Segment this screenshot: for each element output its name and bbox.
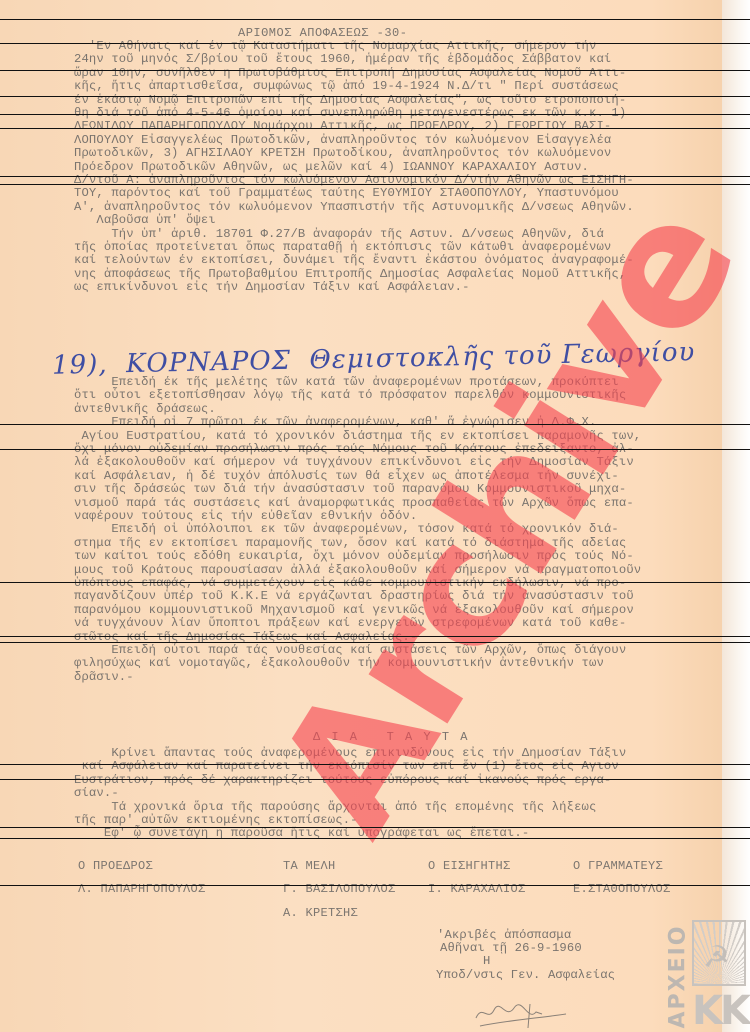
text-line: καί Ασφάλειαν, ἡ δέ τυχόν ἀπόλυσίς των θ… xyxy=(74,470,619,483)
text-line: ὥραν 10ην, συνῆλθεν η Πρωτοβάθμιος Επιτρ… xyxy=(74,67,626,80)
certification-line-3: Η xyxy=(483,955,490,968)
certification-line-2: Αθῆναι τῇ 26-9-1960 xyxy=(440,942,582,955)
overlay-rule xyxy=(0,114,750,115)
overlay-rule xyxy=(0,885,750,886)
decision-heading: Δ Ι Α Τ Α Υ Τ Α xyxy=(313,731,469,744)
overlay-rule xyxy=(0,636,750,637)
overlay-rule xyxy=(0,19,750,20)
text-line: φιλησύχως καί νομοταγῶς, ἐξακολουθοῦν τή… xyxy=(74,657,604,670)
text-line: σίαν.- xyxy=(74,787,119,800)
overlay-rule xyxy=(0,96,750,97)
text-line: παρανόμου κομμουνιστικοῦ Μηχανισμοῦ καί … xyxy=(74,604,634,617)
text-line: Τά χρονικά ὅρια τῆς παρούσης ἄρχονται ἀπ… xyxy=(74,801,596,814)
text-line: ὑπόπτους επαφάς, νά συμμετέχουν εἰς κάθε… xyxy=(74,577,626,590)
text-line: κῆς, ἥτις ἀπαρτισθεῖσα, συμφώνως τῷ ἀπό … xyxy=(74,80,619,93)
text-line: μους τοῦ Κράτους παρουσίασαν ἀλλά ἐξακολ… xyxy=(74,564,641,577)
signatory-name: Α. ΚΡΕΤΣΗΣ xyxy=(283,906,358,920)
overlay-rule xyxy=(0,43,750,44)
text-line: νης ἀποφάσεως τῆς Πρωτοβαθμίου Επιτροπῆς… xyxy=(74,268,626,281)
text-line: Επειδή οἱ ὑπόλοιποι εκ τῶν ἀναφερομένων,… xyxy=(74,523,619,536)
text-line: καί τελούντων έν εκτοπίσει, δυνάμει τῆς … xyxy=(74,254,634,267)
overlay-rule xyxy=(0,184,750,185)
text-line: ΛΟΠΟΥΛΟΥ Εἰσαγγελέως Πρωτοδικῶν, ἀναπληρ… xyxy=(74,134,611,147)
text-line: Πρωτοδικῶν, 3) ΑΓΗΣΙΛΑΟΥ ΚΡΕΤΣΗ Πρωτοδίκ… xyxy=(74,147,611,160)
text-line: νά τυγχάνουν λίαν ὕποπτοι πράξεων καί εν… xyxy=(74,617,626,630)
overlay-rule xyxy=(0,827,750,828)
text-line: ἀντεθνικῆς δράσεως. xyxy=(74,403,216,416)
text-line: ναφέρουν τούτους εἰς τήν εὐθεῖαν εθνικήν… xyxy=(74,510,417,523)
text-line: των καίτοι τούς εδόθη ευκαιρία, ὄχι μόνο… xyxy=(74,550,634,563)
text-line: 24ην τοῦ μηνός Σ/βρίου τοῦ ἔτους 1960, ἡ… xyxy=(74,53,611,66)
text-line: Πρόεδρον Πρωτοδικῶν Αθηνῶν, ως μελῶν καί… xyxy=(74,161,589,174)
overlay-rule xyxy=(0,449,750,450)
overlay-rule xyxy=(0,128,750,129)
text-line: Αγίου Ευστρατίου, κατά τό χρονικόν διάστ… xyxy=(74,430,641,443)
text-line: 'Εν Αθήναις καί έν τῷ Καταστήματι τῆς Νο… xyxy=(74,40,596,53)
text-line: Επειδή οὗτοι παρά τάς νουθεσίας καί συστ… xyxy=(74,644,626,657)
text-line: Τήν ὑπ' ἀριθ. 18701 Φ.27/Β ἀναφοράν τῆς … xyxy=(74,228,604,241)
text-line: καί Ασφάλειαν καί παρατείνει τήν εκτόπισ… xyxy=(74,760,619,773)
overlay-rule xyxy=(0,779,750,780)
text-line: ως επικίνδυνοι εἰς τήν Δημοσίαν Τάξιν κα… xyxy=(74,281,470,294)
kke-logo: ΚΚΕ xyxy=(692,988,750,1032)
overlay-rule xyxy=(0,424,750,425)
text-line: ὅτι οὗτοι εξετοπίσθησαν λόγῳ τῆς κατά τό… xyxy=(74,389,626,402)
text-line: Α', ἀναπληροῦντος τόν κωλυόμενον Υπασπισ… xyxy=(74,201,634,214)
overlay-rule xyxy=(0,70,750,71)
overlay-rule xyxy=(0,582,750,583)
text-line: δρᾶσιν.- xyxy=(74,671,134,684)
text-line: Κρίνει ἅπαντας τούς ἀναφερομένους επικιν… xyxy=(74,747,626,760)
text-line: παγανδίζουν ὑπέρ τοῦ Κ.Κ.Ε νά εργάζωνται… xyxy=(74,590,634,603)
signatory-role: Ο ΓΡΑΜΜΑΤΕΥΣ xyxy=(573,859,663,873)
certification-line-4: Υποδ/νσις Γεν. Ασφαλείας xyxy=(436,969,615,982)
text-line: στημα τῆς εν εκτοπίσει παραμονῆς των, ὅσ… xyxy=(74,537,626,550)
signatory-role: Ο ΠΡΟΕΔΡΟΣ xyxy=(78,859,153,873)
overlay-rule xyxy=(0,838,750,839)
text-line: τῆς ὁποίας προτείνεται ὅπως παραταθῇ ἡ ε… xyxy=(74,241,611,254)
page-edge xyxy=(722,0,750,1032)
archive-logo-text: ΑΡΧΕΙΟ xyxy=(664,920,688,1028)
text-line: λά ἐξακολουθοῦν καί σήμερον νά τυγχάνουν… xyxy=(74,456,634,469)
signatory-role: Ο ΕΙΣΗΓΗΤΗΣ xyxy=(428,859,511,873)
text-line: ΤΟΥ, παρόντος καί τοῦ Γραμματέως ταύτης … xyxy=(74,187,619,200)
text-line: Επειδή οἱ 7 πρῶτοι έκ τῶν ἀναφερομένων, … xyxy=(74,416,596,429)
text-line: ΛΕΩΝΙΔΟΥ ΠΑΠΑΡΗΓΟΠΟΥΛΟΥ Νομάρχου Αττικῆς… xyxy=(74,120,611,133)
signatory-role: ΤΑ ΜΕΛΗ xyxy=(283,859,336,873)
handwritten-signature xyxy=(470,1000,570,1028)
overlay-rule xyxy=(0,642,750,643)
overlay-rule xyxy=(0,764,750,765)
text-line: Ευστράτιον, πρός δέ χαρακτηρίζει τούτους… xyxy=(74,774,611,787)
hammer-and-sickle-icon: ☭ xyxy=(703,940,730,975)
text-line: νισμοῦ παρά τάς συστάσεις καί ἀναμορφωτι… xyxy=(74,497,634,510)
overlay-rule xyxy=(0,176,750,177)
text-line: Λαβοῦσα ὑπ' ὄψει xyxy=(74,214,216,227)
text-line: σιν τῆς δράσεώς των διά τήν ἀνασύστασιν … xyxy=(74,483,626,496)
